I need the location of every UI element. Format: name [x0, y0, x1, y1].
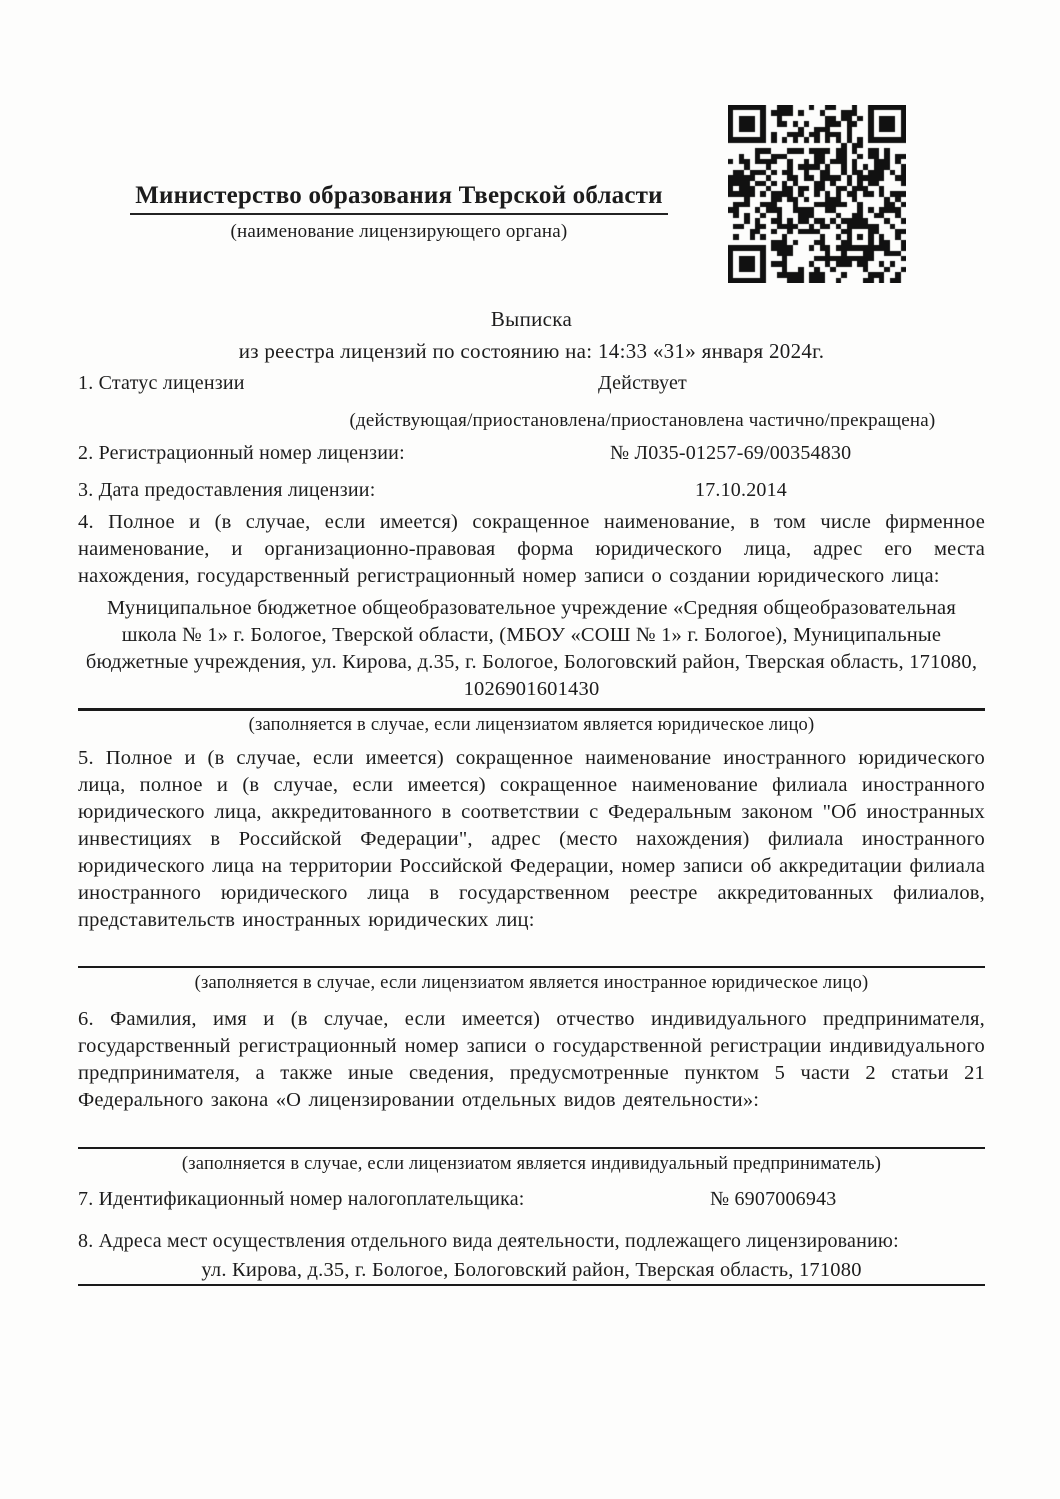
taxpayer-number-label: 7. Идентификационный номер налогоплатель…: [78, 1188, 525, 1211]
field-taxpayer-number: 7. Идентификационный номер налогоплатель…: [78, 1188, 985, 1214]
license-status-label: 1. Статус лицензии: [78, 372, 245, 395]
field-grant-date: 3. Дата предоставления лицензии: 17.10.2…: [78, 479, 985, 505]
licensing-authority-caption: (наименование лицензирующего органа): [78, 221, 720, 243]
individual-entrepreneur-fill-caption: (заполняется в случае, если лицензиатом …: [78, 1154, 985, 1175]
legal-entity-name-value: Муниципальное бюджетное общеобразователь…: [78, 595, 985, 703]
field-registration-number: 2. Регистрационный номер лицензии: № Л03…: [78, 442, 985, 468]
licensing-authority-block: Министерство образования Тверской област…: [78, 182, 720, 243]
divider-line: [78, 1147, 985, 1149]
document-title: Выписка: [78, 307, 985, 332]
document-content: Министерство образования Тверской област…: [78, 0, 985, 1286]
registration-number-label: 2. Регистрационный номер лицензии:: [78, 442, 405, 465]
individual-entrepreneur-clause-text: 6. Фамилия, имя и (в случае, если имеетс…: [78, 1006, 985, 1114]
legal-entity-fill-caption: (заполняется в случае, если лицензиатом …: [78, 715, 985, 736]
activity-addresses-value: ул. Кирова, д.35, г. Бологое, Бологовски…: [78, 1259, 985, 1282]
field-license-status: 1. Статус лицензии Действует: [78, 372, 985, 398]
license-status-caption: (действующая/приостановлена/приостановле…: [78, 410, 985, 432]
foreign-entity-fill-caption: (заполняется в случае, если лицензиатом …: [78, 973, 985, 994]
divider-line: [78, 966, 985, 968]
grant-date-label: 3. Дата предоставления лицензии:: [78, 479, 375, 502]
activity-addresses-label: 8. Адреса мест осуществления отдельного …: [78, 1230, 985, 1253]
foreign-entity-clause-text: 5. Полное и (в случае, если имеется) сок…: [78, 745, 985, 934]
divider-line: [78, 708, 985, 711]
taxpayer-number-value: № 6907006943: [710, 1188, 836, 1211]
licensing-authority-name: Министерство образования Тверской област…: [130, 182, 668, 215]
legal-entity-clause-text: 4. Полное и (в случае, если имеется) сок…: [78, 509, 985, 590]
license-extract-document: Министерство образования Тверской област…: [0, 0, 1060, 1499]
document-subtitle: из реестра лицензий по состоянию на: 14:…: [78, 339, 985, 364]
registration-number-value: № Л035-01257-69/00354830: [610, 442, 851, 465]
grant-date-value: 17.10.2014: [695, 479, 787, 502]
divider-line: [78, 1284, 985, 1286]
license-status-value: Действует: [598, 372, 687, 395]
